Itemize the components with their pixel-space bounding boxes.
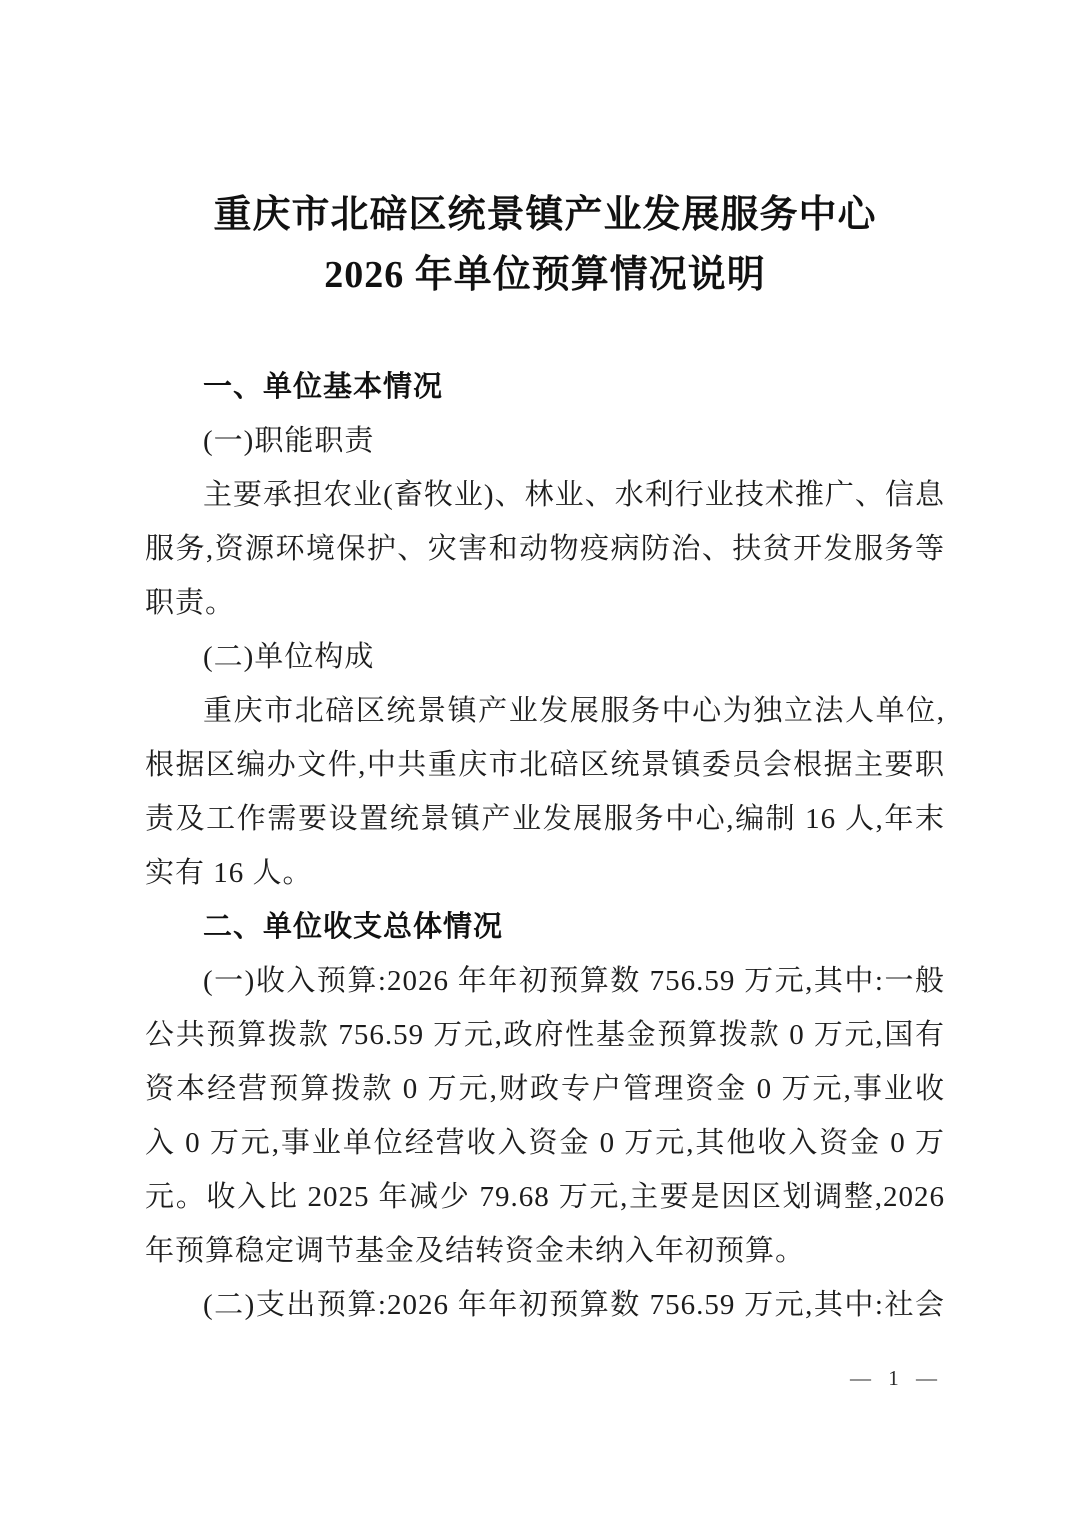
subsection-heading-duties: (一)职能职责 (145, 414, 945, 468)
subsection-heading-composition: (二)单位构成 (145, 630, 945, 684)
document-title: 重庆市北碚区统景镇产业发展服务中心 2026 年单位预算情况说明 (145, 185, 945, 305)
section-heading-budget-overview: 二、单位收支总体情况 (145, 900, 945, 954)
document-title-line1: 重庆市北碚区统景镇产业发展服务中心 (145, 185, 945, 245)
document-content: 重庆市北碚区统景镇产业发展服务中心 2026 年单位预算情况说明 一、单位基本情… (145, 0, 945, 1333)
paragraph-income-budget: (一)收入预算:2026 年年初预算数 756.59 万元,其中:一般公共预算拨… (145, 954, 945, 1278)
paragraph-composition: 重庆市北碚区统景镇产业发展服务中心为独立法人单位,根据区编办文件,中共重庆市北碚… (145, 684, 945, 900)
document-page: 重庆市北碚区统景镇产业发展服务中心 2026 年单位预算情况说明 一、单位基本情… (0, 0, 1074, 1520)
paragraph-expenditure-budget: (二)支出预算:2026 年年初预算数 756.59 万元,其中:社会保障和就业… (145, 1278, 945, 1333)
document-title-line2: 2026 年单位预算情况说明 (145, 245, 945, 305)
page-number: — 1 — (850, 1366, 940, 1391)
paragraph-duties: 主要承担农业(畜牧业)、林业、水利行业技术推广、信息服务,资源环境保护、灾害和动… (145, 468, 945, 630)
section-heading-basic-info: 一、单位基本情况 (145, 360, 945, 414)
